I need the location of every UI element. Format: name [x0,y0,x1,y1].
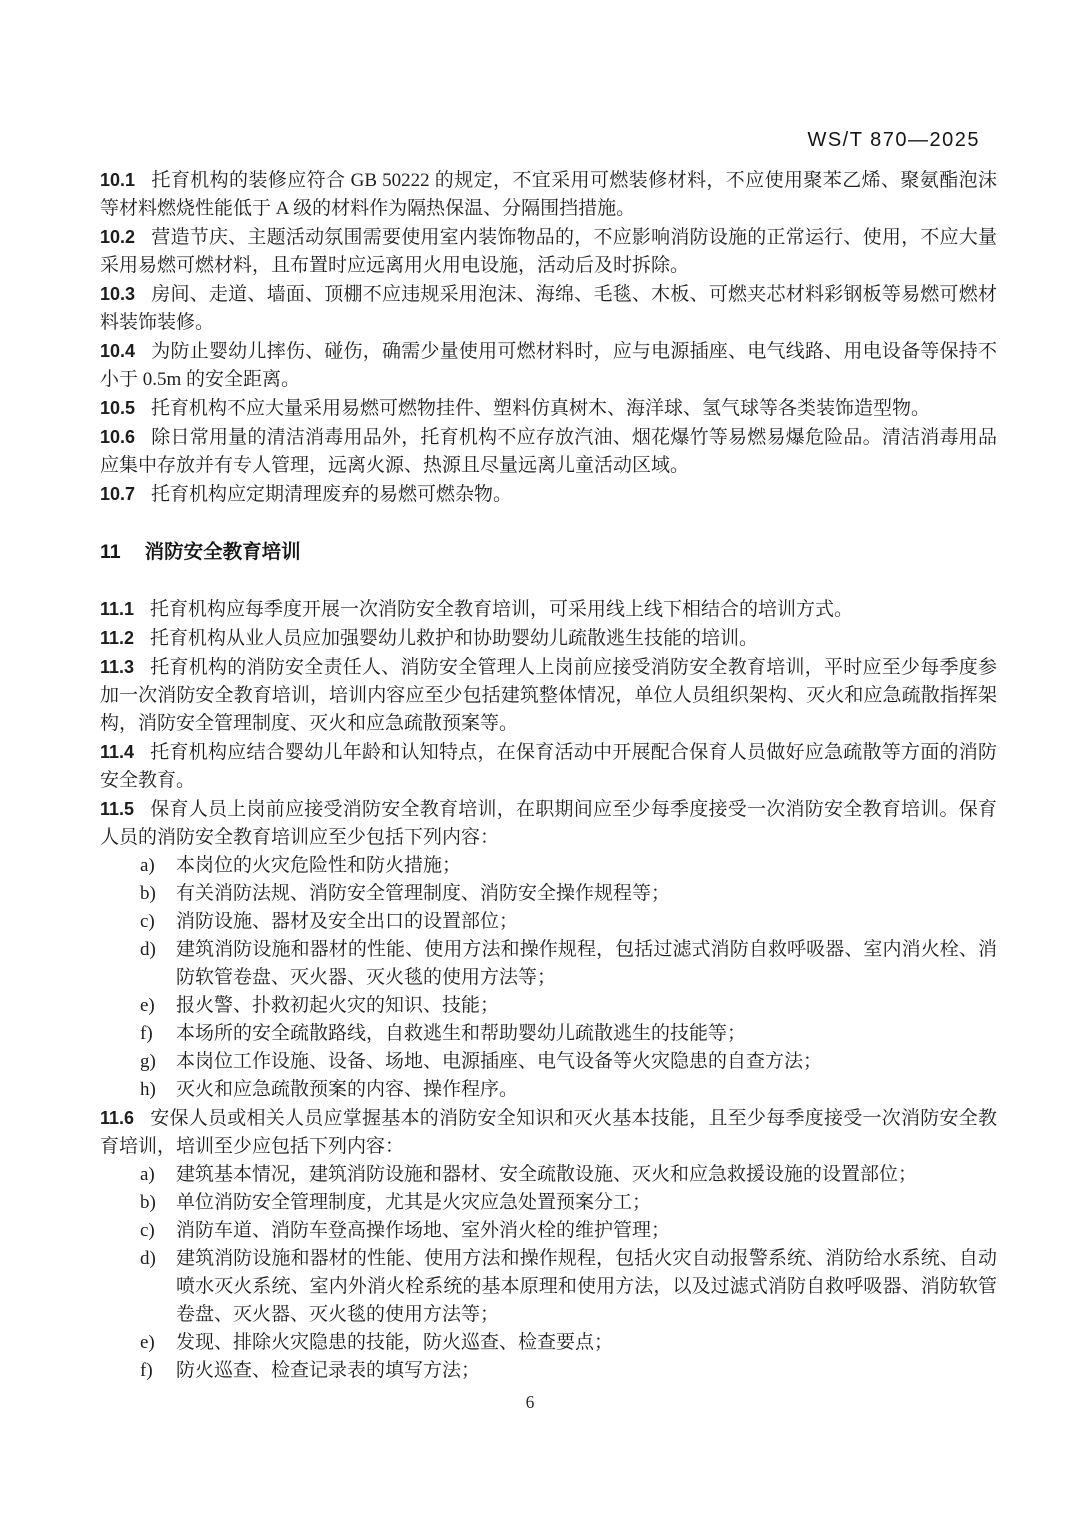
section-11-heading: 11消防安全教育培训 [100,536,997,564]
clause-text: 托育机构应每季度开展一次消防安全教育培训，可采用线上线下相结合的培训方式。 [150,599,853,620]
item-text: 本岗位的火灾危险性和防火措施； [176,855,461,876]
clause-10-5: 10.5托育机构不应大量采用易燃可燃物挂件、塑料仿真树木、海洋球、氢气球等各类装… [100,394,997,423]
list-item-11-6-f: f)防火巡查、检查记录表的填写方法； [100,1357,997,1385]
clause-10-1: 10.1托育机构的装修应符合 GB 50222 的规定，不宜采用可燃装修材料，不… [100,166,997,223]
clause-number: 10.6 [100,427,135,447]
list-item-11-6-d: d)建筑消防设施和器材的性能、使用方法和操作规程，包括火灾自动报警系统、消防给水… [100,1245,997,1329]
list-item-11-5-a: a)本岗位的火灾危险性和防火措施； [100,852,997,880]
clause-text: 安保人员或相关人员应掌握基本的消防安全知识和灭火基本技能，且至少每季度接受一次消… [100,1108,997,1157]
item-label: g) [140,1048,156,1076]
clause-text: 为防止婴幼儿摔伤、碰伤，确需少量使用可燃材料时，应与电源插座、电气线路、用电设备… [100,341,997,390]
item-label: c) [140,908,155,936]
item-label: b) [140,1189,156,1217]
clause-number: 11.1 [100,599,134,619]
item-label: c) [140,1217,155,1245]
clause-number: 10.5 [100,398,135,418]
clause-text: 房间、走道、墙面、顶棚不应违规采用泡沫、海绵、毛毯、木板、可燃夹芯材料彩钢板等易… [100,284,997,333]
clause-10-4: 10.4为防止婴幼儿摔伤、碰伤，确需少量使用可燃材料时，应与电源插座、电气线路、… [100,337,997,394]
page-content: 10.1托育机构的装修应符合 GB 50222 的规定，不宜采用可燃装修材料，不… [100,166,997,1385]
list-item-11-5-h: h)灭火和应急疏散预案的内容、操作程序。 [100,1076,997,1104]
clause-11-2: 11.2托育机构从业人员应加强婴幼儿救护和协助婴幼儿疏散逃生技能的培训。 [100,624,997,653]
list-item-11-5-g: g)本岗位工作设施、设备、场地、电源插座、电气设备等火灾隐患的自查方法； [100,1048,997,1076]
clause-10-6: 10.6除日常用量的清洁消毒用品外，托育机构不应存放汽油、烟花爆竹等易燃易爆危险… [100,423,997,480]
clause-number: 10.4 [100,341,135,361]
clause-text: 托育机构应结合婴幼儿年龄和认知特点，在保育活动中开展配合保育人员做好应急疏散等方… [100,742,997,791]
item-label: h) [140,1076,156,1104]
clause-11-3: 11.3托育机构的消防安全责任人、消防安全管理人上岗前应接受消防安全教育培训，平… [100,653,997,738]
list-item-11-6-a: a)建筑基本情况，建筑消防设施和器材、安全疏散设施、灭火和应急救援设施的设置部位… [100,1161,997,1189]
list-item-11-5-e: e)报火警、扑救初起火灾的知识、技能； [100,992,997,1020]
list-item-11-5-c: c)消防设施、器材及安全出口的设置部位； [100,908,997,936]
clause-10-7: 10.7托育机构应定期清理废弃的易燃可燃杂物。 [100,480,997,509]
clause-text: 保育人员上岗前应接受消防安全教育培训，在职期间应至少每季度接受一次消防安全教育培… [100,799,997,848]
list-item-11-5-b: b)有关消防法规、消防安全管理制度、消防安全操作规程等； [100,880,997,908]
doc-number-header: WS/T 870—2025 [807,129,980,152]
clause-text: 除日常用量的清洁消毒用品外，托育机构不应存放汽油、烟花爆竹等易燃易爆危险品。清洁… [100,427,997,476]
clause-number: 11.4 [100,742,134,762]
list-item-11-6-c: c)消防车道、消防车登高操作场地、室外消火栓的维护管理； [100,1217,997,1245]
clause-text: 托育机构应定期清理废弃的易燃可燃杂物。 [151,484,512,505]
item-text: 建筑消防设施和器材的性能、使用方法和操作规程，包括火灾自动报警系统、消防给水系统… [176,1248,997,1325]
item-text: 建筑消防设施和器材的性能、使用方法和操作规程，包括过滤式消防自救呼吸器、室内消火… [176,939,997,988]
item-label: f) [140,1020,153,1048]
item-label: f) [140,1357,153,1385]
page-number: 6 [0,1392,1060,1413]
item-text: 建筑基本情况，建筑消防设施和器材、安全疏散设施、灭火和应急救援设施的设置部位； [176,1164,917,1185]
item-text: 消防车道、消防车登高操作场地、室外消火栓的维护管理； [176,1220,670,1241]
clause-number: 11.3 [100,657,134,677]
section-title: 消防安全教育培训 [145,541,301,563]
clause-text: 营造节庆、主题活动氛围需要使用室内装饰物品的，不应影响消防设施的正常运行、使用，… [100,227,997,276]
item-label: e) [140,1329,155,1357]
clause-number: 10.1 [100,170,135,190]
clause-11-4: 11.4托育机构应结合婴幼儿年龄和认知特点，在保育活动中开展配合保育人员做好应急… [100,738,997,795]
clause-number: 10.7 [100,484,135,504]
item-label: a) [140,852,155,880]
item-text: 有关消防法规、消防安全管理制度、消防安全操作规程等； [176,883,670,904]
clause-text: 托育机构不应大量采用易燃可燃物挂件、塑料仿真树木、海洋球、氢气球等各类装饰造型物… [151,398,930,419]
item-text: 本场所的安全疏散路线，自救逃生和帮助婴幼儿疏散逃生的技能等； [176,1023,746,1044]
document-page: WS/T 870—2025 10.1托育机构的装修应符合 GB 50222 的规… [0,0,1080,1527]
clause-number: 10.2 [100,227,135,247]
item-text: 报火警、扑救初起火灾的知识、技能； [176,995,499,1016]
list-item-11-5-d: d)建筑消防设施和器材的性能、使用方法和操作规程，包括过滤式消防自救呼吸器、室内… [100,936,997,992]
item-label: e) [140,992,155,1020]
clause-11-5: 11.5保育人员上岗前应接受消防安全教育培训，在职期间应至少每季度接受一次消防安… [100,795,997,852]
item-text: 本岗位工作设施、设备、场地、电源插座、电气设备等火灾隐患的自查方法； [176,1051,822,1072]
item-text: 消防设施、器材及安全出口的设置部位； [176,911,518,932]
clause-number: 11.5 [100,799,134,819]
section-number: 11 [100,541,121,563]
clause-10-3: 10.3房间、走道、墙面、顶棚不应违规采用泡沫、海绵、毛毯、木板、可燃夹芯材料彩… [100,280,997,337]
item-text: 防火巡查、检查记录表的填写方法； [176,1360,480,1381]
clause-number: 10.3 [100,284,135,304]
item-label: a) [140,1161,155,1189]
list-item-11-5-f: f)本场所的安全疏散路线，自救逃生和帮助婴幼儿疏散逃生的技能等； [100,1020,997,1048]
clause-text: 托育机构从业人员应加强婴幼儿救护和协助婴幼儿疏散逃生技能的培训。 [150,628,758,649]
list-item-11-6-e: e)发现、排除火灾隐患的技能，防火巡查、检查要点； [100,1329,997,1357]
item-label: d) [140,1245,156,1273]
item-label: d) [140,936,156,964]
clause-11-1: 11.1托育机构应每季度开展一次消防安全教育培训，可采用线上线下相结合的培训方式… [100,595,997,624]
clause-11-6: 11.6安保人员或相关人员应掌握基本的消防安全知识和灭火基本技能，且至少每季度接… [100,1104,997,1161]
item-label: b) [140,880,156,908]
clause-number: 11.2 [100,628,134,648]
clause-text: 托育机构的装修应符合 GB 50222 的规定，不宜采用可燃装修材料，不应使用聚… [100,170,997,219]
clause-10-2: 10.2营造节庆、主题活动氛围需要使用室内装饰物品的，不应影响消防设施的正常运行… [100,223,997,280]
list-item-11-6-b: b)单位消防安全管理制度，尤其是火灾应急处置预案分工； [100,1189,997,1217]
item-text: 灭火和应急疏散预案的内容、操作程序。 [176,1079,518,1100]
clause-text: 托育机构的消防安全责任人、消防安全管理人上岗前应接受消防安全教育培训，平时应至少… [100,657,997,734]
item-text: 发现、排除火灾隐患的技能，防火巡查、检查要点； [176,1332,613,1353]
item-text: 单位消防安全管理制度，尤其是火灾应急处置预案分工； [176,1192,651,1213]
clause-number: 11.6 [100,1108,134,1128]
